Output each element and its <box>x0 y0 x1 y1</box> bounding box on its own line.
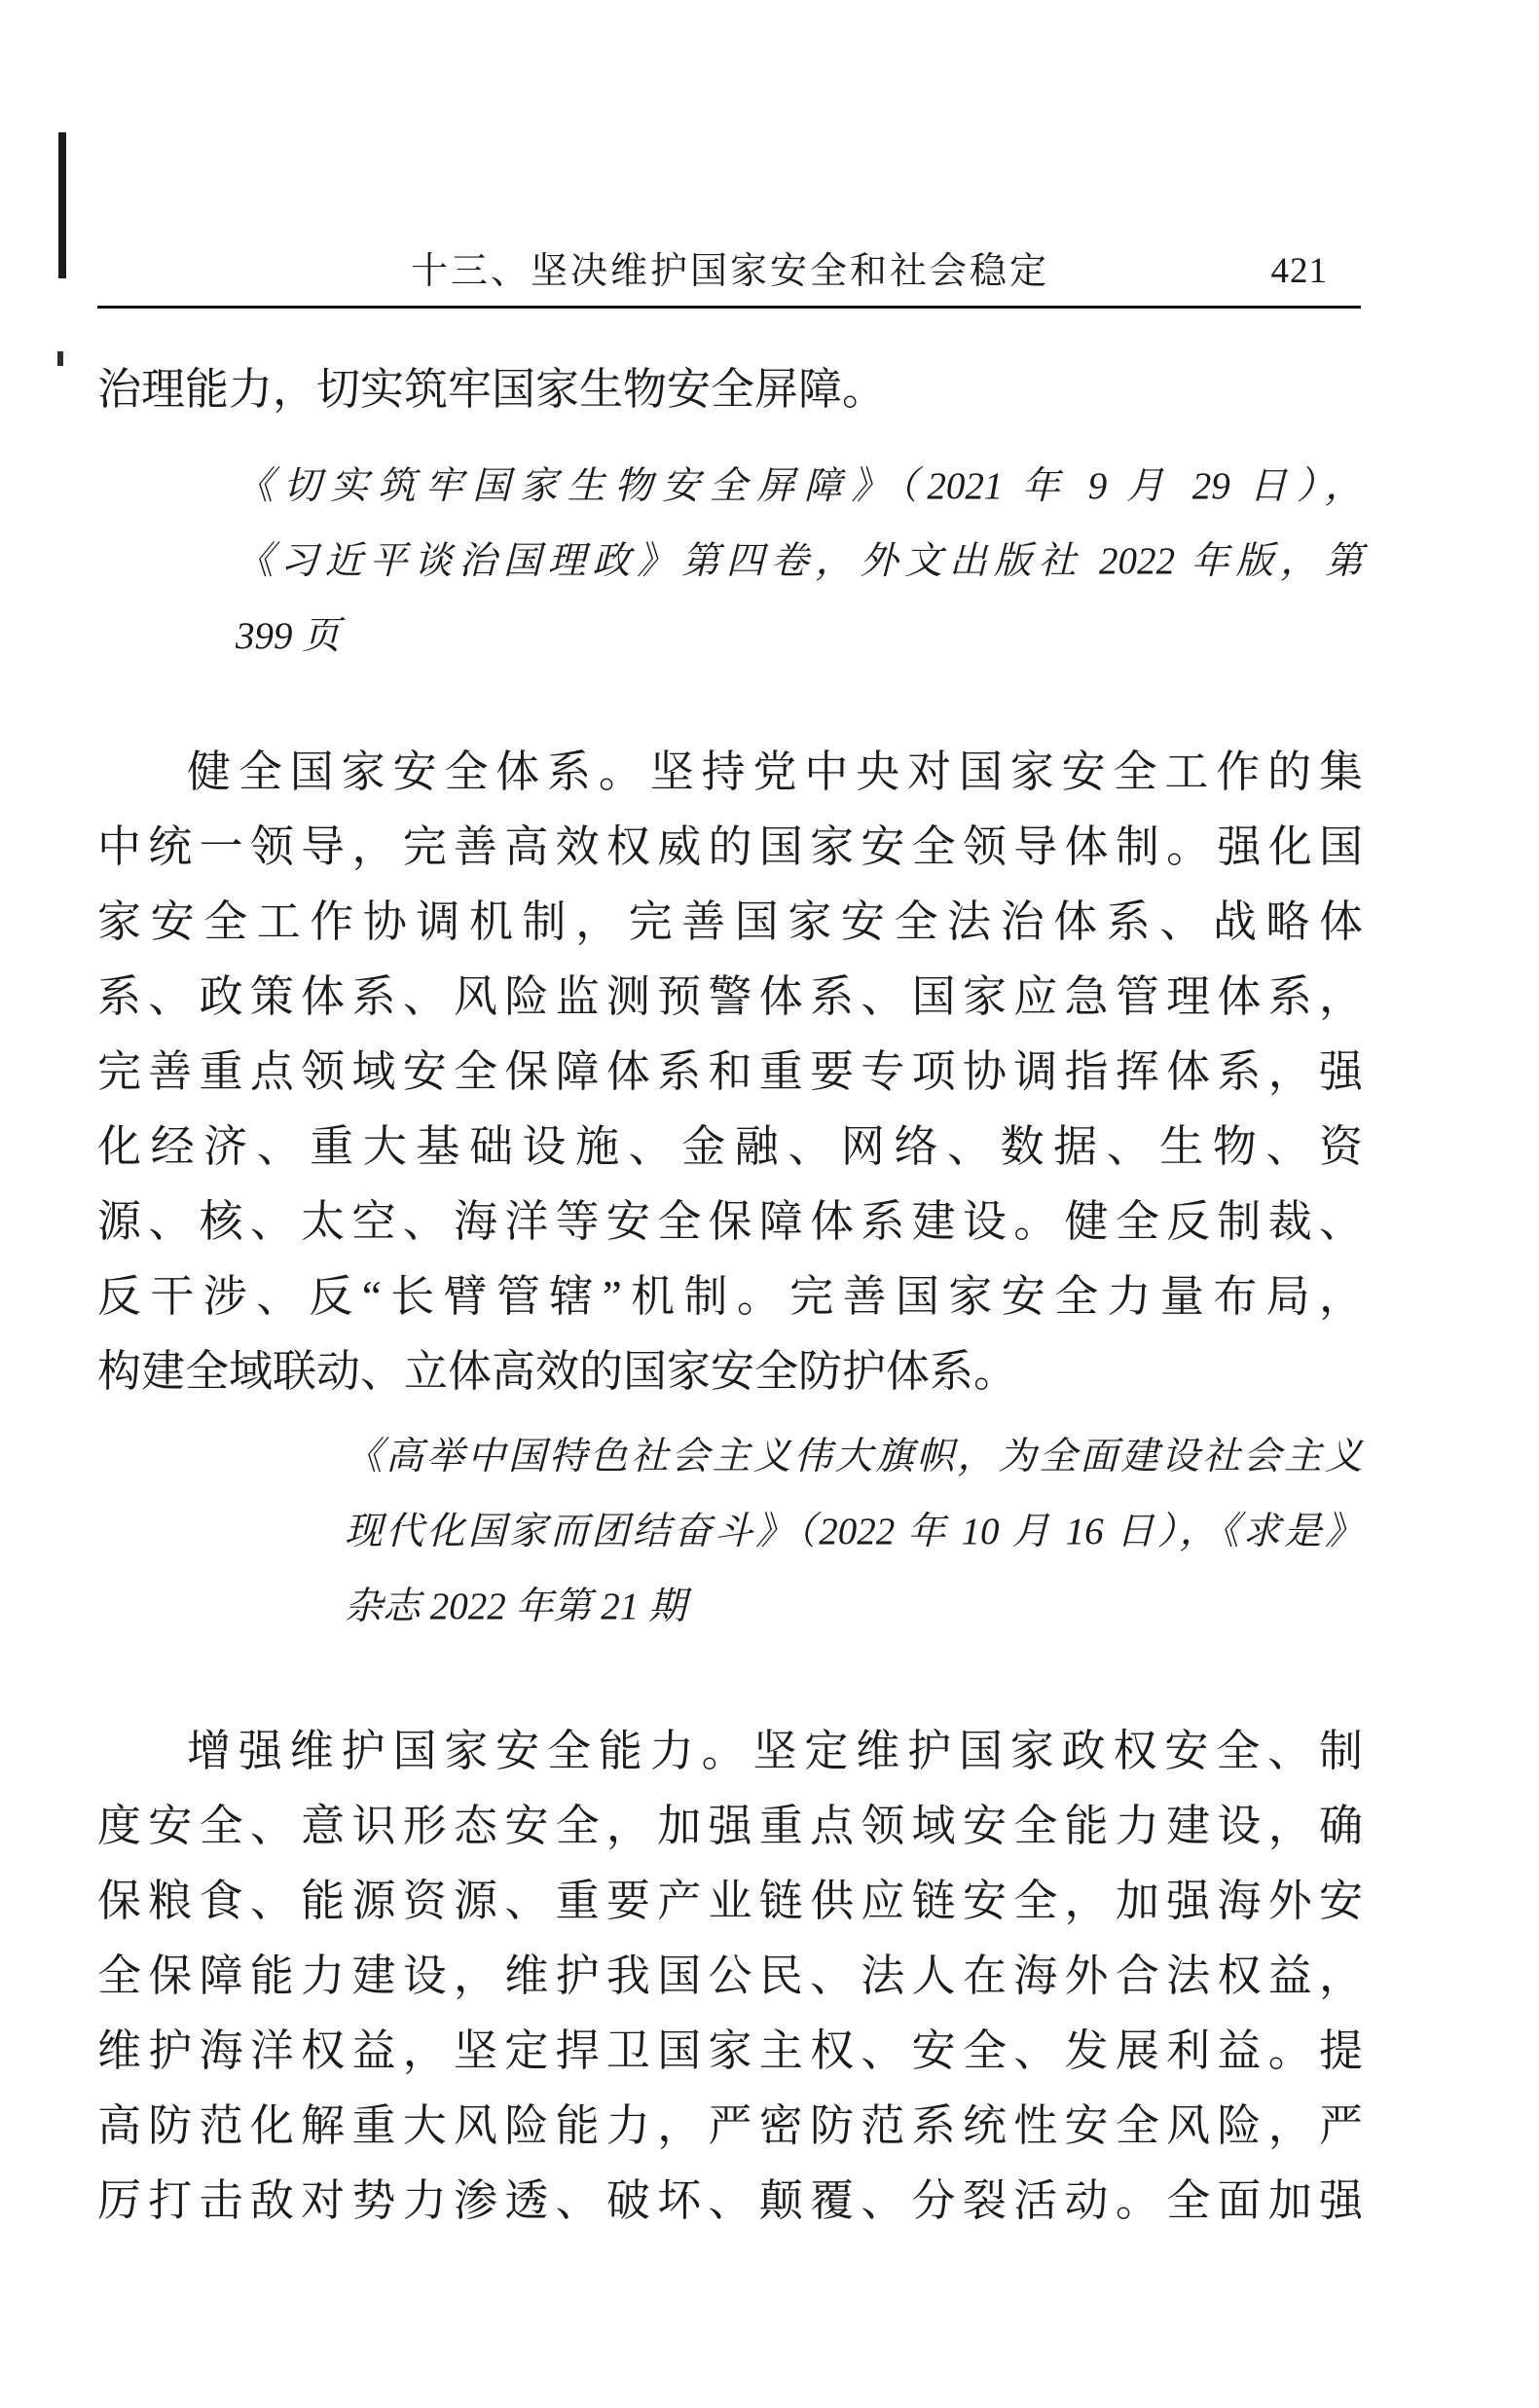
body-line: 化经济、重大基础设施、金融、网络、数据、生物、资 <box>97 1110 1363 1185</box>
body-line: 保粮食、能源资源、重要产业链供应链安全，加强海外安 <box>97 1864 1363 1939</box>
chapter-title: 十三、坚决维护国家安全和社会稳定 <box>97 249 1363 294</box>
paragraph-continuation: 治理能力，切实筑牢国家生物安全屏障。 <box>97 352 1363 427</box>
body-line: 家安全工作协调机制，完善国家安全法治体系、战略体 <box>97 885 1363 960</box>
body-line: 厉打击敌对势力渗透、破坏、颠覆、分裂活动。全面加强 <box>97 2164 1363 2239</box>
paragraph: 健全国家安全体系。坚持党中央对国家安全工作的集 中统一领导，完善高效权威的国家安… <box>97 735 1363 1409</box>
paragraph: 增强维护国家安全能力。坚定维护国家政权安全、制 度安全、意识形态安全，加强重点领… <box>97 1714 1363 2239</box>
body-line: 完善重点领域安全保障体系和重要专项协调指挥体系，强 <box>97 1035 1363 1110</box>
citation-line: 《习近平谈治国理政》第四卷，外文出版社 2022 年版，第 <box>236 524 1363 599</box>
citation-block: 《切实筑牢国家生物安全屏障》（2021 年 9 月 29 日）， 《习近平谈治国… <box>97 449 1363 674</box>
citation-line: 杂志 2022 年第 21 期 <box>345 1569 1363 1644</box>
body-line: 构建全域联动、立体高效的国家安全防护体系。 <box>97 1334 1363 1409</box>
body-line: 系、政策体系、风险监测预警体系、国家应急管理体系， <box>97 960 1363 1035</box>
body-line: 度安全、意识形态安全，加强重点领域安全能力建设，确 <box>97 1789 1363 1864</box>
citation-line: 《切实筑牢国家生物安全屏障》（2021 年 9 月 29 日）， <box>236 449 1363 524</box>
header-rule <box>97 306 1361 309</box>
body-line: 健全国家安全体系。坚持党中央对国家安全工作的集 <box>97 735 1363 810</box>
page-header: 十三、坚决维护国家安全和社会稳定 421 <box>97 249 1363 294</box>
page-body: 治理能力，切实筑牢国家生物安全屏障。 《切实筑牢国家生物安全屏障》（2021 年… <box>97 352 1363 2239</box>
body-line: 增强维护国家安全能力。坚定维护国家政权安全、制 <box>97 1714 1363 1789</box>
scan-artifact <box>58 132 66 278</box>
scan-artifact <box>57 351 63 366</box>
body-line: 源、核、太空、海洋等安全保障体系建设。健全反制裁、 <box>97 1185 1363 1259</box>
citation-block: 《高举中国特色社会主义伟大旗帜，为全面建设社会主义 现代化国家而团结奋斗》（20… <box>97 1419 1363 1644</box>
body-line: 高防范化解重大风险能力，严密防范系统性安全风险，严 <box>97 2089 1363 2164</box>
body-line: 中统一领导，完善高效权威的国家安全领导体制。强化国 <box>97 810 1363 885</box>
citation-line: 399 页 <box>236 599 1363 674</box>
body-line: 反干涉、反“长臂管辖”机制。完善国家安全力量布局， <box>97 1259 1363 1334</box>
page-number: 421 <box>1271 249 1329 294</box>
body-line: 全保障能力建设，维护我国公民、法人在海外合法权益， <box>97 1939 1363 2014</box>
book-page: 十三、坚决维护国家安全和社会稳定 421 治理能力，切实筑牢国家生物安全屏障。 … <box>0 0 1539 2408</box>
body-line: 治理能力，切实筑牢国家生物安全屏障。 <box>97 352 1363 427</box>
citation-line: 现代化国家而团结奋斗》（2022 年 10 月 16 日），《求是》 <box>345 1494 1363 1569</box>
body-line: 维护海洋权益，坚定捍卫国家主权、安全、发展利益。提 <box>97 2014 1363 2089</box>
citation-line: 《高举中国特色社会主义伟大旗帜，为全面建设社会主义 <box>345 1419 1363 1494</box>
